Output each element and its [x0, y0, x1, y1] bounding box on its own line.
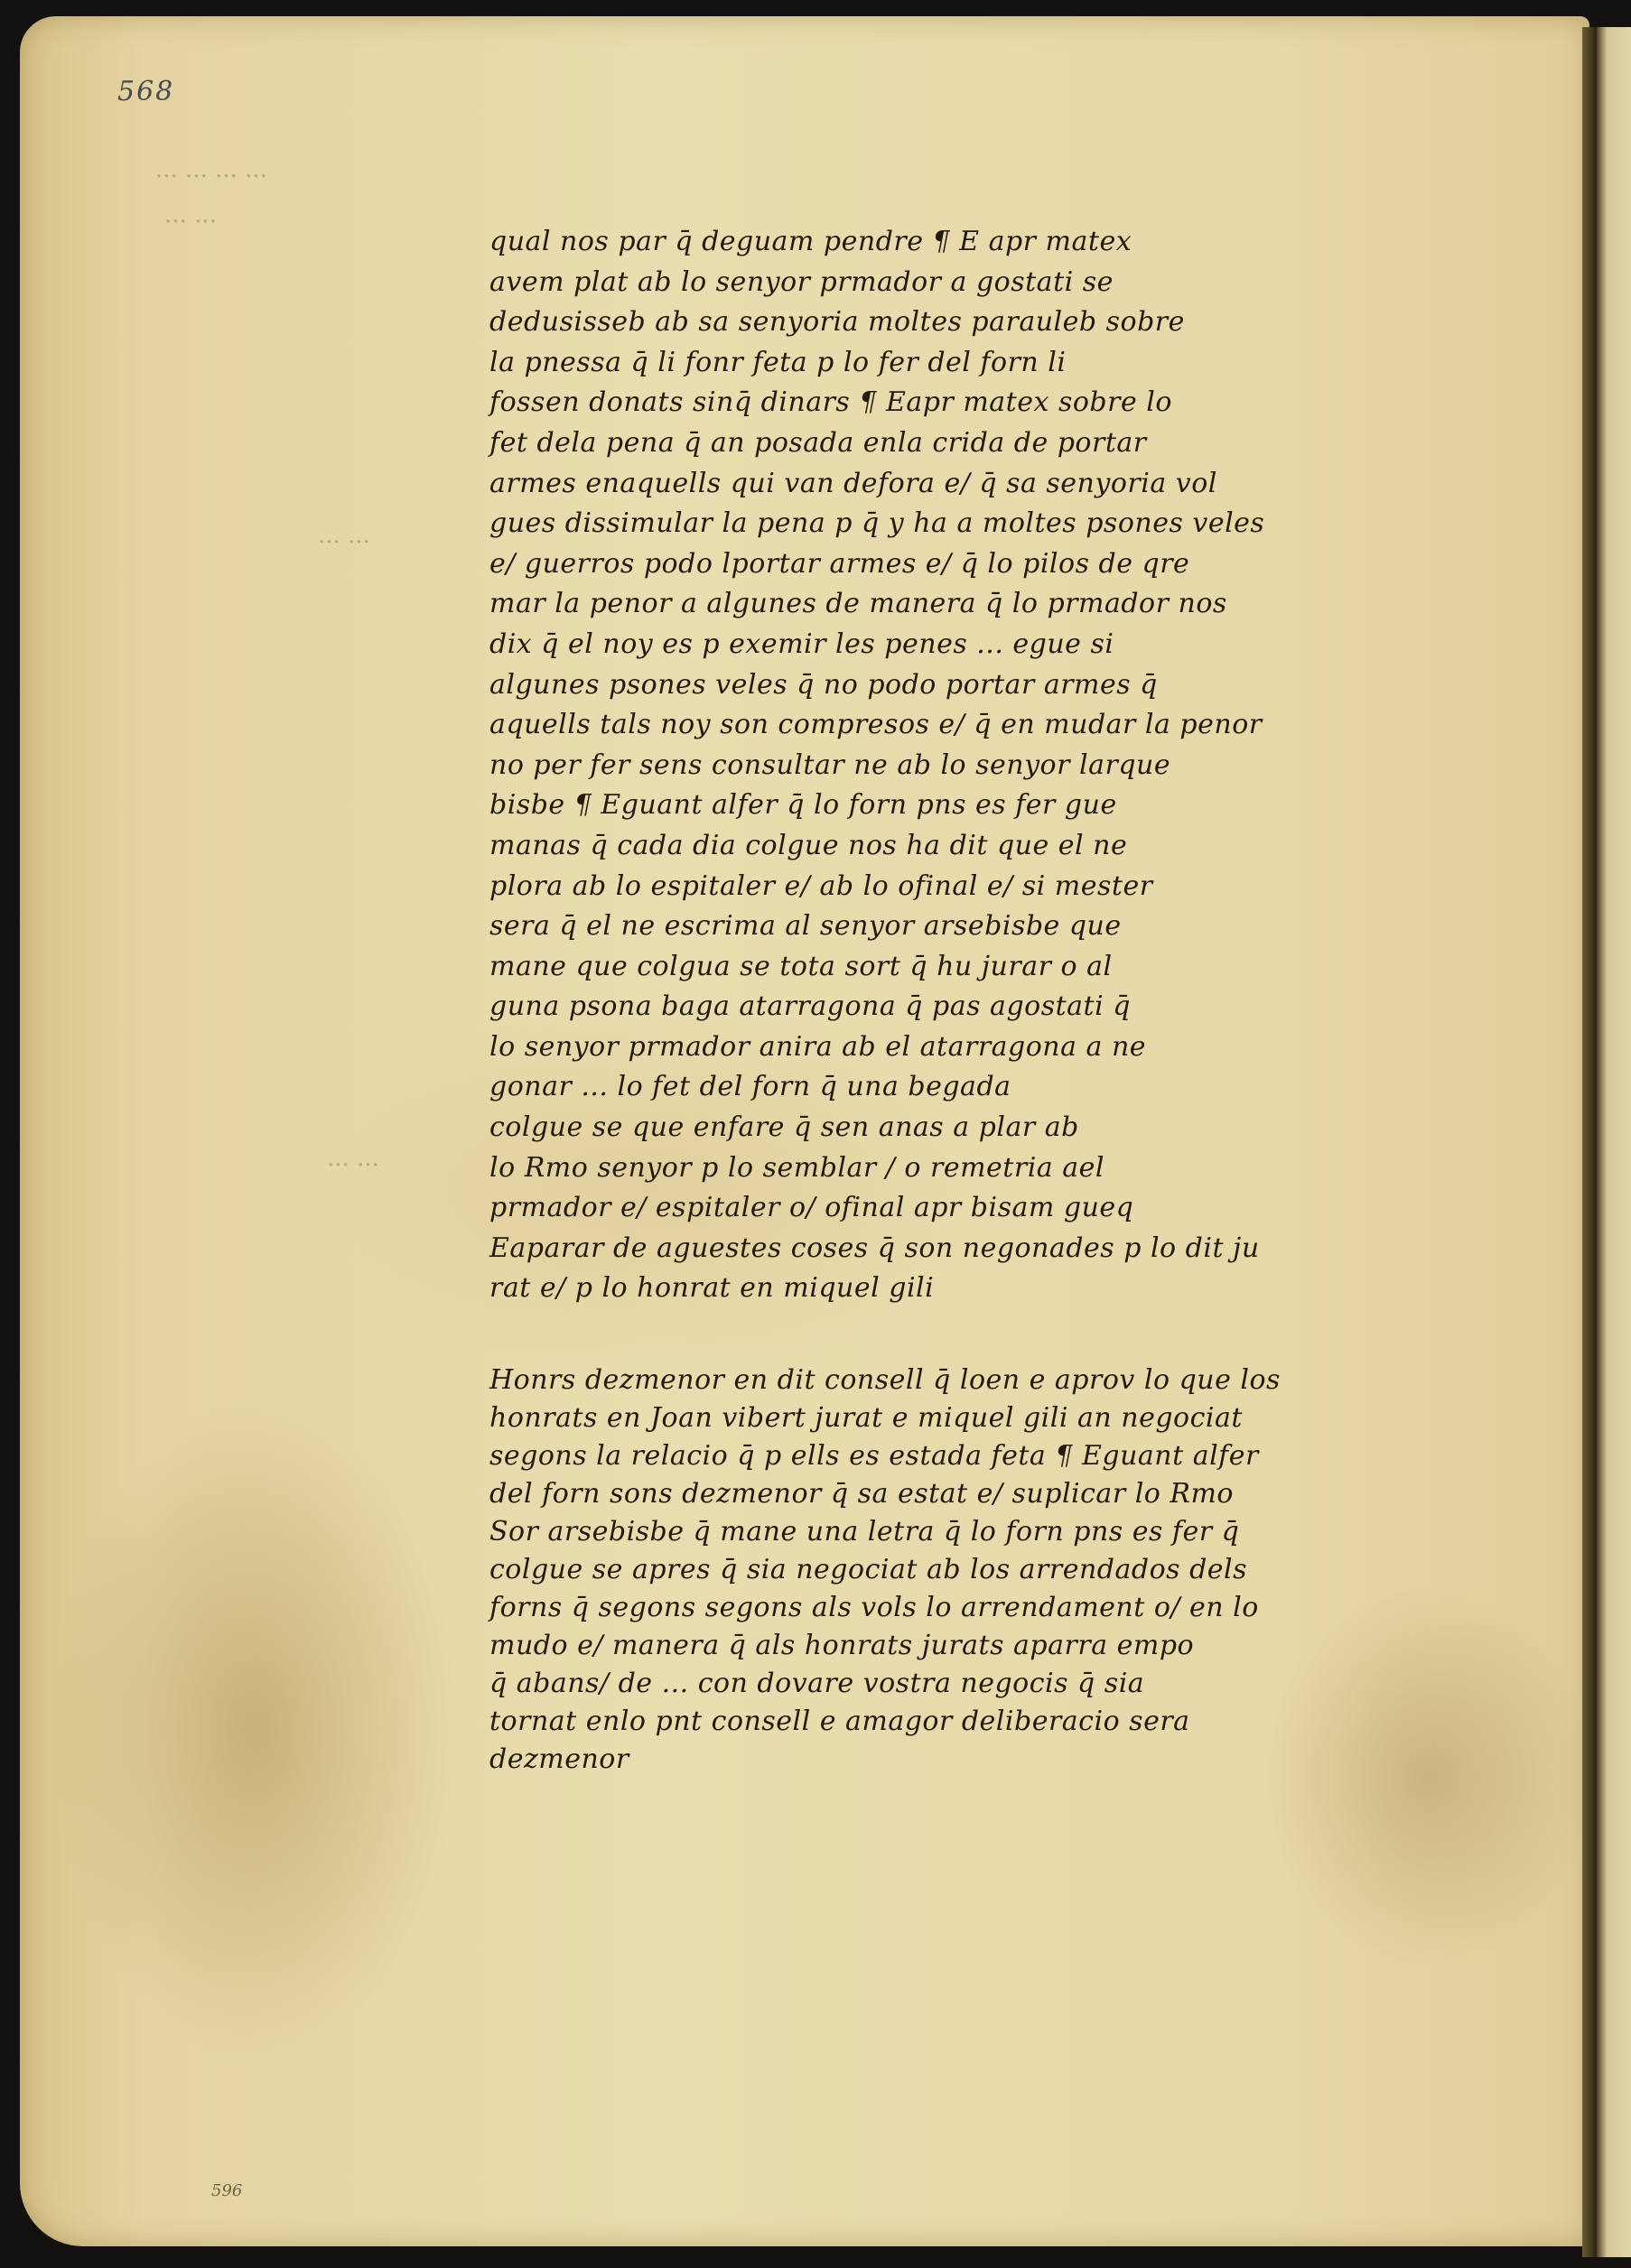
- text-line: qual nos par q̄ deguam pendre ¶ E apr ma…: [489, 222, 1564, 263]
- text-line: guna psona baga atarragona q̄ pas agosta…: [489, 987, 1564, 1027]
- text-line: mane que colgua se tota sort q̄ hu jurar…: [489, 947, 1564, 988]
- text-line: forns q̄ segons segons als vols lo arren…: [489, 1589, 1564, 1627]
- bottom-margin-note: 596: [211, 2181, 242, 2200]
- text-line: tornat enlo pnt consell e amagor deliber…: [489, 1703, 1564, 1741]
- manuscript-page: 568 ... ... ... ... ... ... ... ... ... …: [20, 16, 1589, 2246]
- text-line: avem plat ab lo senyor prmador a gostati…: [489, 263, 1564, 303]
- text-line: dedusisseb ab sa senyoria moltes paraule…: [489, 302, 1564, 343]
- text-line: aquells tals noy son compresos e/ q̄ en …: [489, 705, 1564, 746]
- text-line: dezmenor: [489, 1741, 1564, 1779]
- text-line: la pnessa q̄ li fonr feta p lo fer del f…: [489, 343, 1564, 384]
- text-line: algunes psones veles q̄ no podo portar a…: [489, 665, 1564, 706]
- text-line: Honrs dezmenor en dit consell q̄ loen e …: [489, 1362, 1564, 1399]
- binding-gutter: [1582, 27, 1597, 2257]
- text-line: colgue se apres q̄ sia negociat ab los a…: [489, 1551, 1564, 1589]
- bleed-through-text: ... ...: [327, 1145, 379, 1172]
- text-line: segons la relacio q̄ p ells es estada fe…: [489, 1437, 1564, 1475]
- text-line: mar la penor a algunes de manera q̄ lo p…: [489, 584, 1564, 625]
- text-line: fossen donats sinq̄ dinars ¶ Eapr matex …: [489, 383, 1564, 423]
- text-line: Sor arsebisbe q̄ mane una letra q̄ lo fo…: [489, 1513, 1564, 1551]
- text-line: fet dela pena q̄ an posada enla crida de…: [489, 423, 1564, 464]
- text-line: colgue se que enfare q̄ sen anas a plar …: [489, 1108, 1564, 1148]
- paragraph-1: qual nos par q̄ deguam pendre ¶ E apr ma…: [489, 222, 1564, 1309]
- text-line: armes enaquells qui van defora e/ q̄ sa …: [489, 464, 1564, 505]
- paragraph-2: Honrs dezmenor en dit consell q̄ loen e …: [489, 1362, 1564, 1779]
- adjacent-page-edge: [1597, 27, 1631, 2257]
- text-line: prmador e/ espitaler o/ ofinal apr bisam…: [489, 1188, 1564, 1229]
- text-line: no per fer sens consultar ne ab lo senyo…: [489, 746, 1564, 786]
- text-line: lo Rmo senyor p lo semblar / o remetria …: [489, 1148, 1564, 1189]
- text-line: Eaparar de aguestes coses q̄ son negonad…: [489, 1229, 1564, 1269]
- text-line: lo senyor prmador anira ab el atarragona…: [489, 1027, 1564, 1068]
- text-line: bisbe ¶ Eguant alfer q̄ lo forn pns es f…: [489, 785, 1564, 826]
- text-line: dix q̄ el noy es p exemir les penes ... …: [489, 625, 1564, 665]
- text-line: e/ guerros podo lportar armes e/ q̄ lo p…: [489, 544, 1564, 585]
- text-line: q̄ abans/ de ... con dovare vostra negoc…: [489, 1665, 1564, 1703]
- text-line: gonar ... lo fet del forn q̄ una begada: [489, 1067, 1564, 1108]
- text-line: del forn sons dezmenor q̄ sa estat e/ su…: [489, 1475, 1564, 1513]
- text-line: gues dissimular la pena p q̄ y ha a molt…: [489, 504, 1564, 544]
- folio-number: 568: [117, 76, 174, 107]
- text-line: sera q̄ el ne escrima al senyor arsebisb…: [489, 906, 1564, 947]
- bleed-through-text: ... ...: [318, 522, 370, 549]
- bleed-through-text: ... ... ... ...: [155, 156, 267, 183]
- text-line: mudo e/ manera q̄ als honrats jurats apa…: [489, 1627, 1564, 1665]
- text-line: manas q̄ cada dia colgue nos ha dit que …: [489, 826, 1564, 867]
- text-line: honrats en Joan vibert jurat e miquel gi…: [489, 1399, 1564, 1437]
- bleed-through-text: ... ...: [164, 201, 217, 228]
- text-line: plora ab lo espitaler e/ ab lo ofinal e/…: [489, 867, 1564, 907]
- text-line: rat e/ p lo honrat en miquel gili: [489, 1269, 1564, 1309]
- manuscript-text: qual nos par q̄ deguam pendre ¶ E apr ma…: [489, 222, 1564, 1779]
